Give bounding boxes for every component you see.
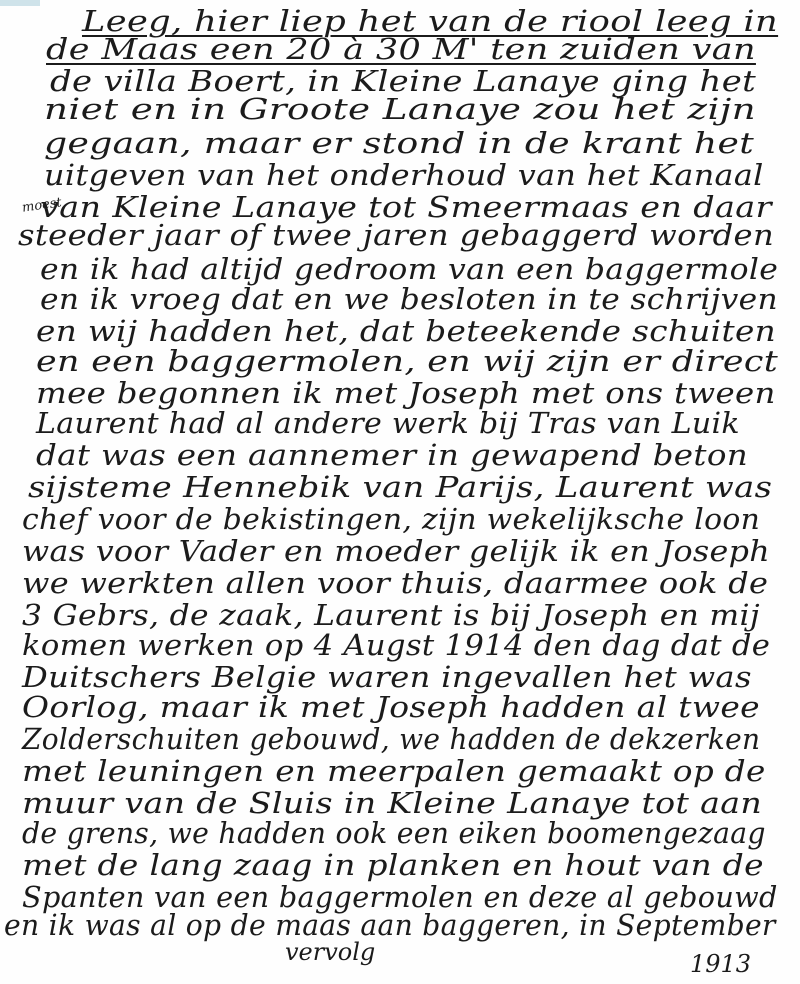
manuscript-line: Laurent had al andere werk bij Tras van … [36, 406, 740, 440]
manuscript-line: komen werken op 4 Augst 1914 den dag dat… [22, 628, 770, 662]
manuscript-line: de Maas een 20 à 30 M' ten zuiden van [46, 32, 756, 66]
manuscript-line: Zolderschuiten gebouwd, we hadden de dek… [22, 722, 760, 756]
manuscript-line: niet en in Groote Lanaye zou het zijn [44, 92, 756, 126]
manuscript-line: en wij hadden het, dat beteekende schuit… [36, 314, 776, 348]
manuscript-line: sijsteme Hennebik van Parijs, Laurent wa… [28, 470, 772, 504]
manuscript-page: Leeg, hier liep het van de riool leeg in… [0, 0, 800, 984]
manuscript-line: dat was een aannemer in gewapend beton [36, 438, 748, 472]
continuation-note: vervolg [285, 938, 375, 966]
manuscript-line: de grens, we hadden ook een eiken boomen… [22, 816, 766, 850]
manuscript-line: gegaan, maar er stond in de krant het [44, 126, 754, 160]
manuscript-line: en ik had altijd gedroom van een baggerm… [40, 252, 778, 286]
scan-edge [0, 0, 40, 6]
manuscript-line: en ik vroeg dat en we besloten in te sch… [40, 282, 778, 316]
manuscript-line: met leuningen en meerpalen gemaakt op de [22, 754, 766, 788]
manuscript-line: en een baggermolen, en wij zijn er direc… [36, 344, 778, 378]
manuscript-line: 3 Gebrs, de zaak, Laurent is bij Joseph … [22, 598, 760, 632]
manuscript-line: we werkten allen voor thuis, daarmee ook… [22, 566, 768, 600]
manuscript-line: Duitschers Belgie waren ingevallen het w… [22, 660, 752, 694]
manuscript-line: met de lang zaag in planken en hout van … [22, 848, 764, 882]
manuscript-line: muur van de Sluis in Kleine Lanaye tot a… [22, 786, 762, 820]
manuscript-line: Oorlog, maar ik met Joseph hadden al twe… [22, 690, 760, 724]
manuscript-line: mee begonnen ik met Joseph met ons tween [36, 376, 776, 410]
manuscript-line: en ik was al op de maas aan baggeren, in… [4, 908, 776, 942]
manuscript-line: steeder jaar of twee jaren gebaggerd wor… [18, 218, 774, 252]
manuscript-line: uitgeven van het onderhoud van het Kanaa… [44, 158, 764, 192]
manuscript-line: chef voor de bekistingen, zijn wekelijks… [22, 502, 760, 536]
year-note: 1913 [690, 950, 751, 978]
manuscript-line: was voor Vader en moeder gelijk ik en Jo… [22, 534, 770, 568]
